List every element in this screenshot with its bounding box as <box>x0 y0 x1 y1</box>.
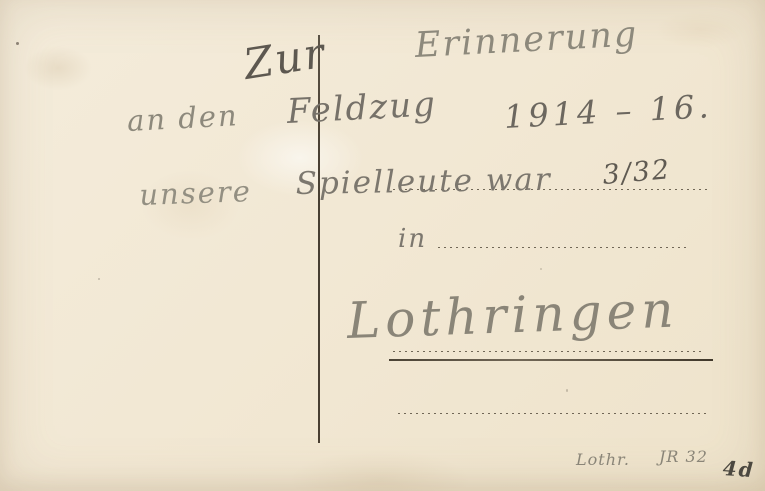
paper-speck <box>566 389 568 392</box>
postcard-back: Zur Erinnerung an den Feldzug 1914 – 16.… <box>0 0 765 491</box>
annotation-lothr: Lothr. <box>576 450 630 469</box>
paper-speck <box>98 278 100 280</box>
dotted-line-3 <box>393 350 705 352</box>
handwriting-unsere: unsere <box>139 174 253 212</box>
dotted-line-2 <box>438 246 690 248</box>
handwriting-unit-number: 3/32 <box>601 154 672 191</box>
handwriting-in: in <box>398 224 427 254</box>
annotation-price-mark: 4d <box>722 456 756 482</box>
dotted-line-4 <box>398 412 706 414</box>
handwriting-spielleute-war: Spielleute war <box>295 162 552 202</box>
annotation-regiment: JR 32 <box>659 447 708 466</box>
handwriting-zur: Zur <box>240 28 329 89</box>
handwriting-feldzug: Feldzug <box>286 84 438 132</box>
solid-underline <box>389 359 713 361</box>
handwriting-lothringen: Lothringen <box>346 280 679 350</box>
handwriting-erinnerung: Erinnerung <box>414 14 639 66</box>
paper-speck <box>16 42 19 45</box>
handwriting-years: 1914 – 16. <box>503 87 713 136</box>
handwriting-an-den: an den <box>126 98 239 138</box>
paper-speck <box>540 268 542 270</box>
